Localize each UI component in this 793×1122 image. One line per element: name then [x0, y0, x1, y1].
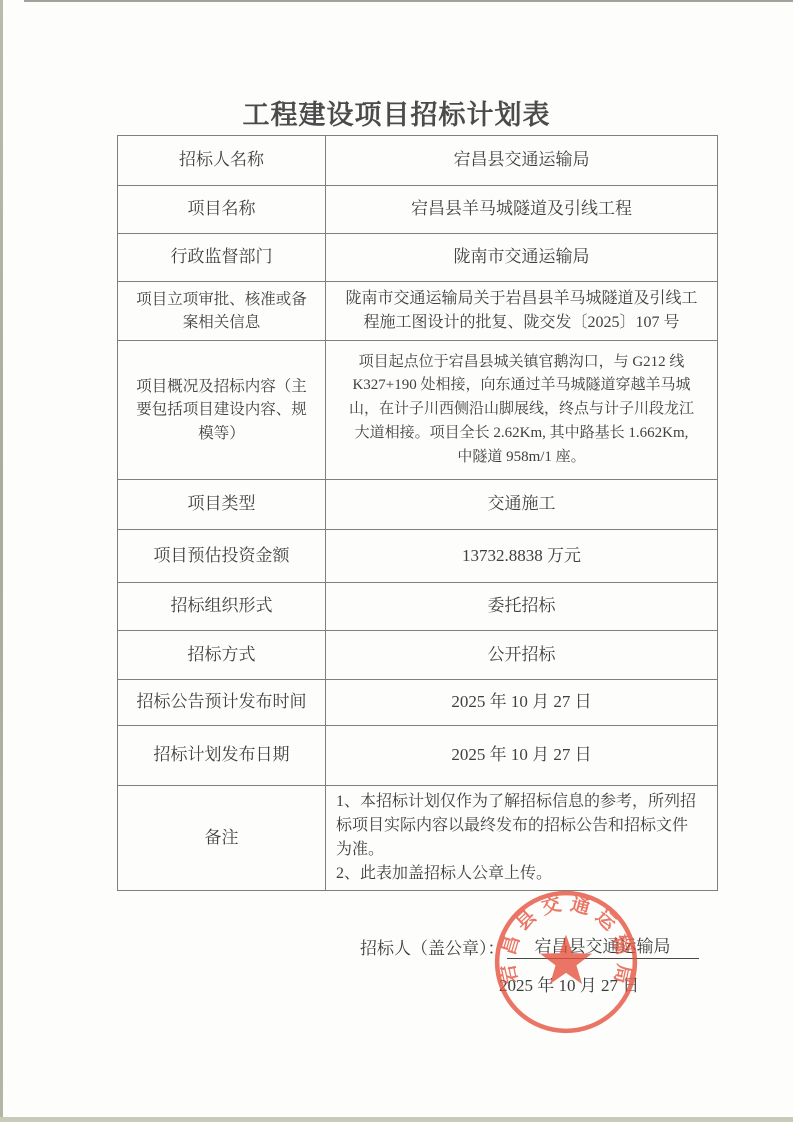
row-label: 行政监督部门	[118, 234, 326, 282]
row-value: 宕昌县羊马城隧道及引线工程	[326, 186, 718, 234]
signature-label: 招标人（盖公章）：	[360, 934, 505, 959]
table-row: 项目概况及招标内容（主 要包括项目建设内容、规 模等） 项目起点位于宕昌县城关镇…	[118, 341, 718, 480]
table-row: 项目名称 宕昌县羊马城隧道及引线工程	[118, 186, 718, 234]
table-row: 招标计划发布日期 2025 年 10 月 27 日	[118, 726, 718, 786]
page-title: 工程建设项目招标计划表	[0, 93, 793, 132]
row-value: 交通施工	[326, 480, 718, 530]
official-seal-stamp: 宕昌县交通运输局	[487, 884, 645, 1042]
table-row: 招标公告预计发布时间 2025 年 10 月 27 日	[118, 680, 718, 726]
row-value: 陇南市交通运输局	[326, 234, 718, 282]
table-row: 备注 1、本招标计划仅作为了解招标信息的参考，所列招 标项目实际内容以最终发布的…	[118, 786, 718, 891]
row-value: 2025 年 10 月 27 日	[326, 680, 718, 726]
scan-edge-left	[0, 0, 3, 1122]
scan-edge-bottom	[0, 1117, 793, 1122]
row-value: 1、本招标计划仅作为了解招标信息的参考，所列招 标项目实际内容以最终发布的招标公…	[326, 786, 718, 891]
row-label: 备注	[118, 786, 326, 891]
row-value: 公开招标	[326, 631, 718, 680]
table-row: 招标组织形式 委托招标	[118, 583, 718, 631]
row-label: 项目名称	[118, 186, 326, 234]
row-value: 宕昌县交通运输局	[326, 136, 718, 186]
tender-plan-table: 招标人名称 宕昌县交通运输局 项目名称 宕昌县羊马城隧道及引线工程 行政监督部门…	[117, 135, 718, 891]
seal-star-icon	[540, 935, 592, 984]
table-row: 项目立项审批、核准或备 案相关信息 陇南市交通运输局关于岩昌县羊马城隧道及引线工…	[118, 282, 718, 341]
row-value: 陇南市交通运输局关于岩昌县羊马城隧道及引线工 程施工图设计的批复、陇交发〔202…	[326, 282, 718, 341]
scan-edge-top	[24, 0, 793, 2]
table-row: 项目类型 交通施工	[118, 480, 718, 530]
table-row: 招标人名称 宕昌县交通运输局	[118, 136, 718, 186]
row-value: 13732.8838 万元	[326, 530, 718, 583]
row-value: 委托招标	[326, 583, 718, 631]
row-label: 招标组织形式	[118, 583, 326, 631]
row-label: 招标计划发布日期	[118, 726, 326, 786]
row-label: 项目预估投资金额	[118, 530, 326, 583]
row-label: 项目类型	[118, 480, 326, 530]
table-row: 行政监督部门 陇南市交通运输局	[118, 234, 718, 282]
row-label: 项目概况及招标内容（主 要包括项目建设内容、规 模等）	[118, 341, 326, 480]
row-value: 项目起点位于宕昌县城关镇官鹅沟口，与 G212 线 K327+190 处相接，向…	[326, 341, 718, 480]
row-value: 2025 年 10 月 27 日	[326, 726, 718, 786]
row-label: 项目立项审批、核准或备 案相关信息	[118, 282, 326, 341]
table-row: 项目预估投资金额 13732.8838 万元	[118, 530, 718, 583]
table-row: 招标方式 公开招标	[118, 631, 718, 680]
row-label: 招标公告预计发布时间	[118, 680, 326, 726]
row-label: 招标人名称	[118, 136, 326, 186]
row-label: 招标方式	[118, 631, 326, 680]
